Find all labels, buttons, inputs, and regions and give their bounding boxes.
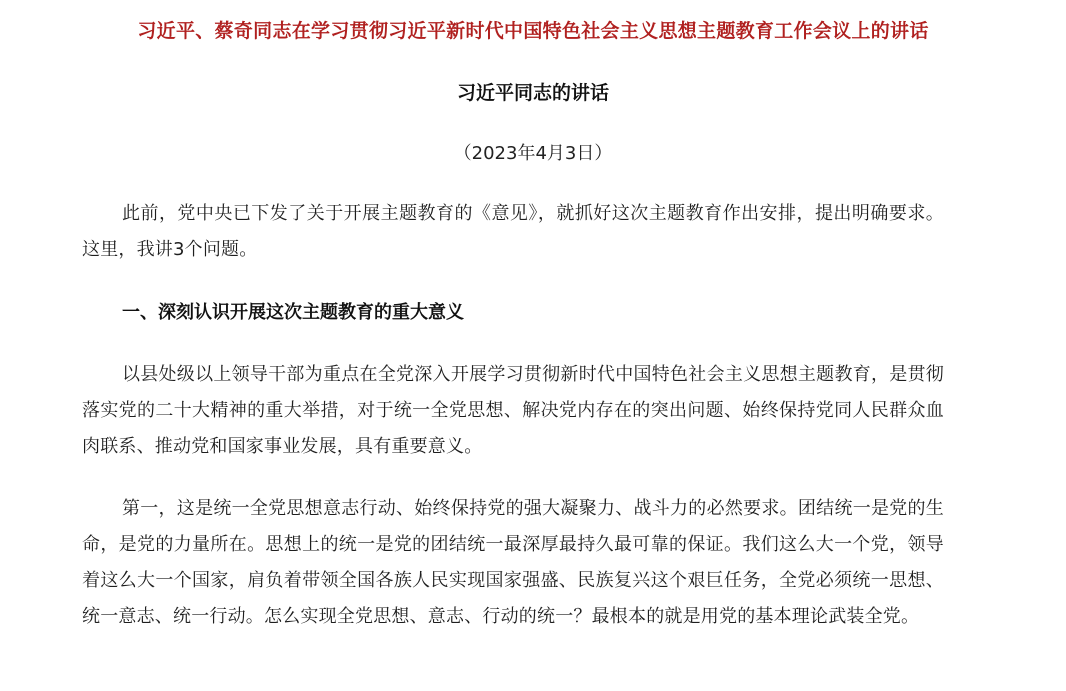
main-title: 习近平、蔡奇同志在学习贯彻习近平新时代中国特色社会主义思想主题教育工作会议上的讲… — [0, 17, 1066, 45]
paragraph-significance: 以县处级以上领导干部为重点在全党深入开展学习贯彻新时代中国特色社会主义思想主题教… — [82, 357, 944, 465]
sub-title: 习近平同志的讲话 — [0, 79, 1066, 107]
speech-date: （2023年4月3日） — [0, 140, 1066, 168]
paragraph-first-point: 第一，这是统一全党思想意志行动、始终保持党的强大凝聚力、战斗力的必然要求。团结统… — [82, 491, 944, 635]
section-heading: 一、深刻认识开展这次主题教育的重大意义 — [122, 297, 464, 329]
paragraph-intro: 此前，党中央已下发了关于开展主题教育的《意见》，就抓好这次主题教育作出安排，提出… — [82, 196, 944, 268]
